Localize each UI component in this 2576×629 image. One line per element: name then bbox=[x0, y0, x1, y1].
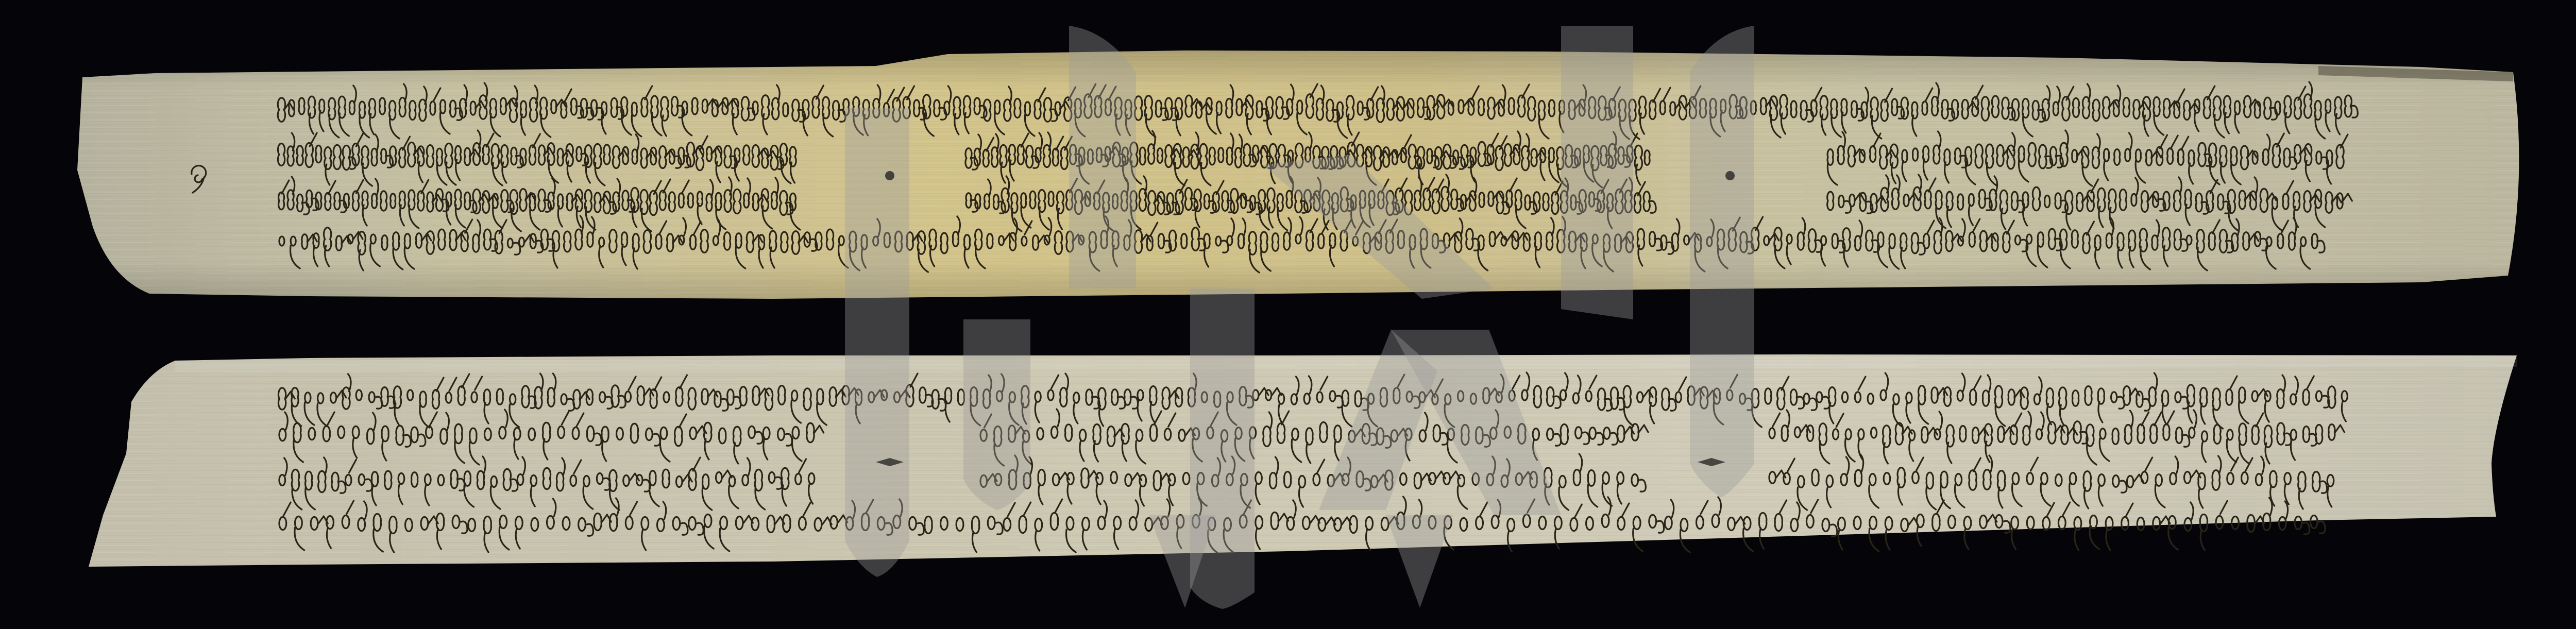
lower-leaf: ဒဗိဟာ ဇ္ဇဂ ဒေဂိ ဂုဍ္ဍ ဒေဍ္ဍ ဒေဂ္ဂိ ဂြိဒု… bbox=[89, 354, 2517, 567]
manuscript-photograph: ဒိဒိဂပ်ပါဟေဂုဍဿ ဇုဒ္ဒုရ် ဟုဒ်ဟ္ဒိ ကေဇဍိပ… bbox=[0, 0, 2576, 629]
